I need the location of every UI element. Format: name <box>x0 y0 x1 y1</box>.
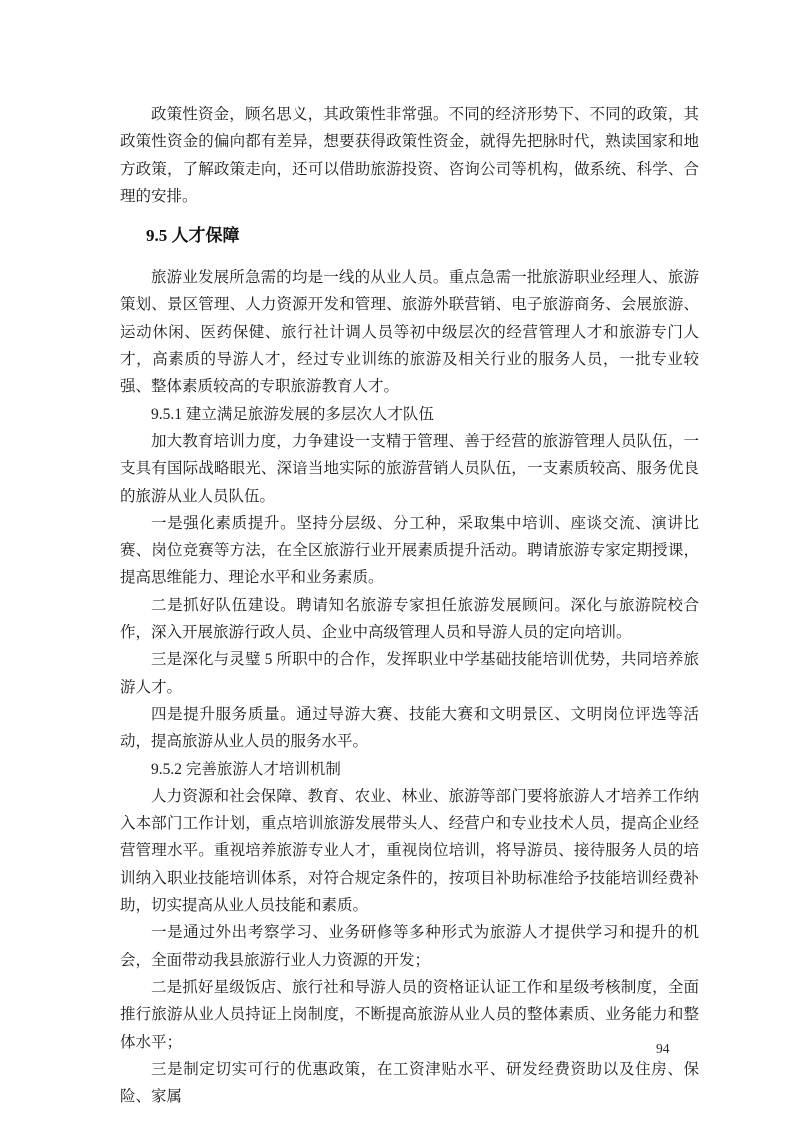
paragraph-second-certification: 二是抓好星级饭店、旅行社和导游人员的资格证认证工作和星级考核制度，全面推行旅游从… <box>120 974 699 1056</box>
section-heading-9-5: 9.5 人才保障 <box>146 221 699 251</box>
paragraph-talent-needs: 旅游业发展所急需的均是一线的从业人员。重点急需一批旅游职业经理人、旅游策划、景区… <box>120 264 699 400</box>
subsection-heading-9-5-2: 9.5.2 完善旅游人才培训机制 <box>120 756 699 783</box>
paragraph-first-study-opportunities: 一是通过外出考察学习、业务研修等多种形式为旅游人才提供学习和提升的机会，全面带动… <box>120 919 699 974</box>
paragraph-training-teams: 加大教育培训力度，力争建设一支精于管理、善于经营的旅游管理人员队伍，一支具有国际… <box>120 428 699 510</box>
document-page: 政策性资金，顾名思义，其政策性非常强。不同的经济形势下、不同的政策，其政策性资金… <box>0 0 793 1122</box>
paragraph-policy-funds: 政策性资金，顾名思义，其政策性非常强。不同的经济形势下、不同的政策，其政策性资金… <box>120 101 699 210</box>
subsection-heading-9-5-1: 9.5.1 建立满足旅游发展的多层次人才队伍 <box>120 401 699 428</box>
paragraph-training-mechanism: 人力资源和社会保障、教育、农业、林业、旅游等部门要将旅游人才培养工作纳入本部门工… <box>120 783 699 919</box>
paragraph-third-school-cooperation: 三是深化与灵璧 5 所职中的合作，发挥职业中学基础技能培训优势，共同培养旅游人才… <box>120 646 699 701</box>
paragraph-fourth-service-quality: 四是提升服务质量。通过导游大赛、技能大赛和文明景区、文明岗位评选等活动，提高旅游… <box>120 701 699 756</box>
page-content: 政策性资金，顾名思义，其政策性非常强。不同的经济形势下、不同的政策，其政策性资金… <box>120 101 699 1110</box>
paragraph-third-preferential-policies: 三是制定切实可行的优惠政策，在工资津贴水平、研发经费资助以及住房、保险、家属 <box>120 1056 699 1111</box>
page-number: 94 <box>656 1041 670 1057</box>
paragraph-first-quality-improvement: 一是强化素质提升。坚持分层级、分工种，采取集中培训、座谈交流、演讲比赛、岗位竞赛… <box>120 510 699 592</box>
paragraph-second-team-building: 二是抓好队伍建设。聘请知名旅游专家担任旅游发展顾问。深化与旅游院校合作，深入开展… <box>120 592 699 647</box>
